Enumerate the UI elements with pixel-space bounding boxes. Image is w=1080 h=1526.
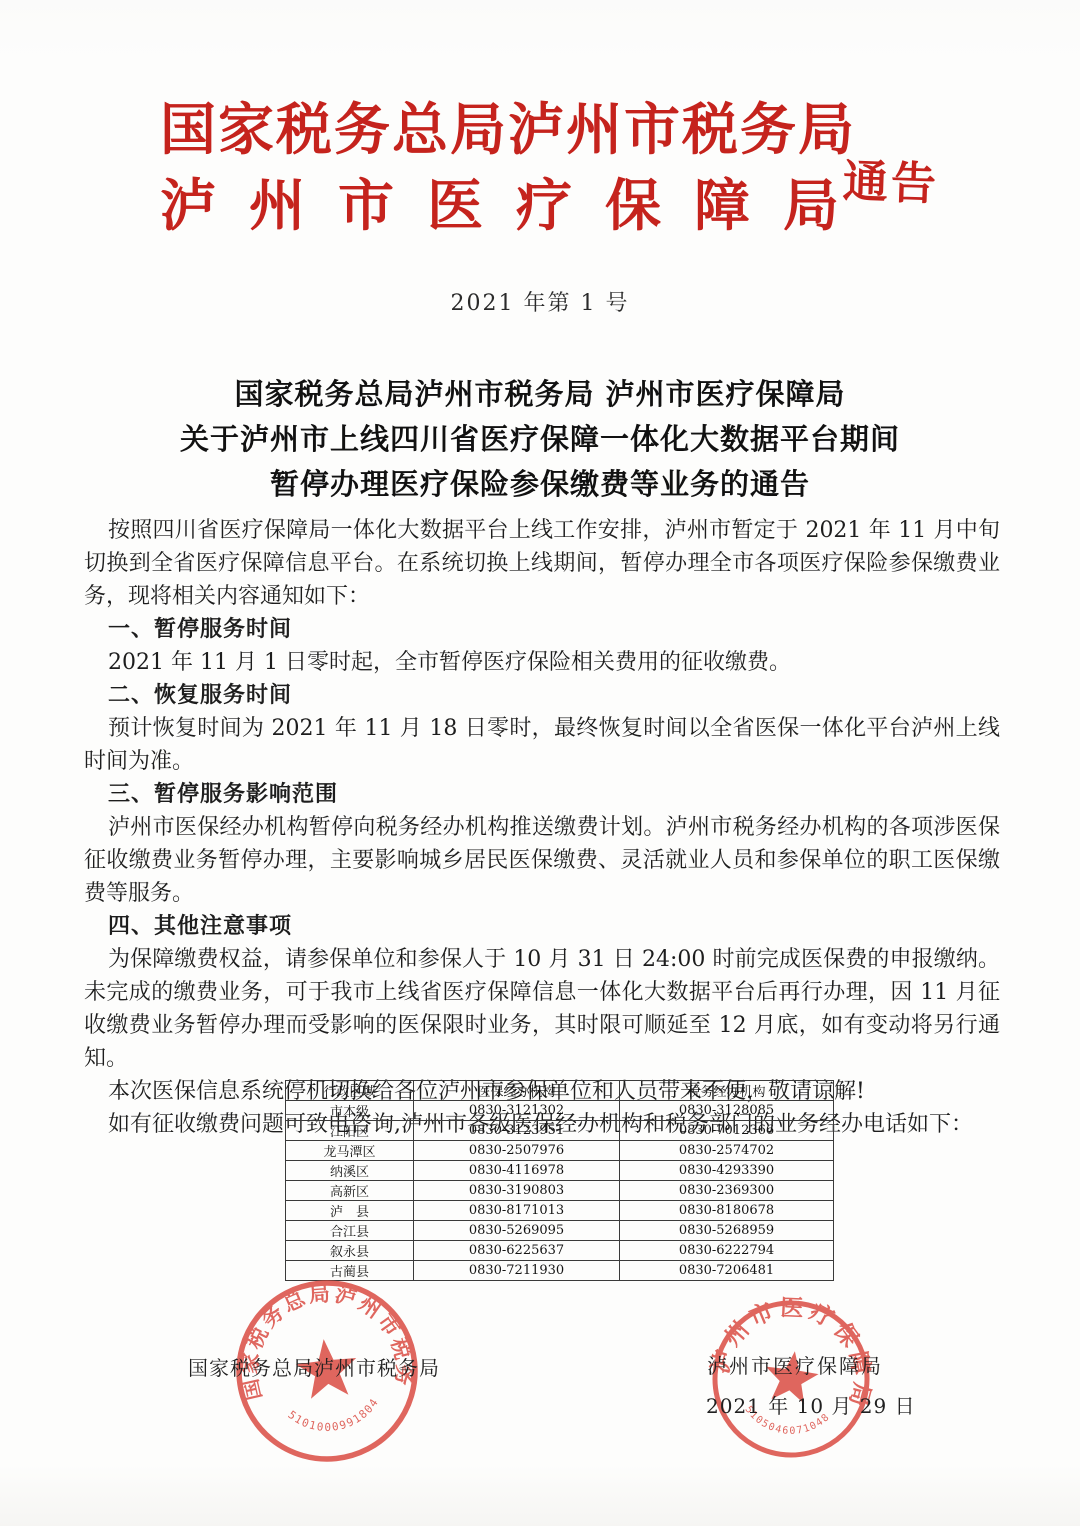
seal-code-text: 5101000991804 (284, 1394, 384, 1438)
section-4-paragraph-1: 为保障缴费权益，请参保单位和参保人于 10 月 31 日 24:00 时前完成医… (84, 943, 1000, 1075)
table-row: 江阳区 0830-3123951 0830-7012366 (286, 1121, 834, 1141)
col-header-tax-agency: 税务经办机构 (620, 1081, 834, 1101)
contact-phone-table: 行政区域 医保经办机构 税务经办机构 市本级 0830-3121302 0830… (285, 1080, 834, 1281)
section-2-paragraph: 预计恢复时间为 2021 年 11 月 18 日零时，最终恢复时间以全省医保一体… (84, 712, 1000, 778)
tax-phone-cell: 0830-8180678 (620, 1201, 834, 1221)
region-cell: 叙永县 (286, 1241, 414, 1261)
table-row: 合江县 0830-5269095 0830-5268959 (286, 1221, 834, 1241)
table-row: 泸 县 0830-8171013 0830-8180678 (286, 1201, 834, 1221)
tax-phone-cell: 0830-2574702 (620, 1141, 834, 1161)
notice-type-label: 通告 (842, 144, 940, 212)
medical-phone-cell: 0830-5269095 (414, 1221, 620, 1241)
region-cell: 泸 县 (286, 1201, 414, 1221)
col-header-region: 行政区域 (286, 1081, 414, 1101)
tax-phone-cell: 0830-4293390 (620, 1161, 834, 1181)
svg-text:5101000991804: 5101000991804 (284, 1394, 384, 1438)
medical-phone-cell: 0830-3121302 (414, 1101, 620, 1121)
medical-phone-cell: 0830-7211930 (414, 1261, 620, 1281)
medical-phone-cell: 0830-6225637 (414, 1241, 620, 1261)
issuer-line-medical-bureau: 泸州市医疗保障局 (160, 170, 860, 242)
tax-phone-cell: 0830-2369300 (620, 1181, 834, 1201)
table-row: 高新区 0830-3190803 0830-2369300 (286, 1181, 834, 1201)
issuer-line-tax-bureau: 国家税务总局泸州市税务局 (160, 90, 860, 170)
tax-phone-cell: 0830-6222794 (620, 1241, 834, 1261)
signature-medical-bureau: 泸州市医疗保障局 (707, 1350, 883, 1379)
section-1-paragraph: 2021 年 11 月 1 日零时起，全市暂停医疗保险相关费用的征收缴费。 (84, 646, 1000, 679)
title-line-1: 国家税务总局泸州市税务局 泸州市医疗保障局 (0, 372, 1080, 417)
section-3-heading: 三、暂停服务影响范围 (84, 778, 1000, 811)
medical-phone-cell: 0830-4116978 (414, 1161, 620, 1181)
title-line-3: 暂停办理医疗保险参保缴费等业务的通告 (0, 462, 1080, 507)
tax-phone-cell: 0830-7012366 (620, 1121, 834, 1141)
table-row: 龙马潭区 0830-2507976 0830-2574702 (286, 1141, 834, 1161)
table-row: 纳溪区 0830-4116978 0830-4293390 (286, 1161, 834, 1181)
region-cell: 龙马潭区 (286, 1141, 414, 1161)
col-header-medical-agency: 医保经办机构 (414, 1081, 620, 1101)
document-number: 2021 年第 1 号 (0, 286, 1080, 317)
region-cell: 市本级 (286, 1101, 414, 1121)
table-row: 叙永县 0830-6225637 0830-6222794 (286, 1241, 834, 1261)
masthead: 国家税务总局泸州市税务局 泸州市医疗保障局 (160, 90, 860, 242)
table-row: 市本级 0830-3121302 0830-3128085 (286, 1101, 834, 1121)
document-title: 国家税务总局泸州市税务局 泸州市医疗保障局 关于泸州市上线四川省医疗保障一体化大… (0, 372, 1080, 507)
official-seal-medical-bureau: 泸州市医疗保障局 5105046071048 (695, 1283, 887, 1475)
medical-phone-cell: 0830-8171013 (414, 1201, 620, 1221)
signature-date: 2021 年 10 月 29 日 (706, 1390, 916, 1419)
section-3-paragraph: 泸州市医保经办机构暂停向税务经办机构推送缴费计划。泸州市税务经办机构的各项涉医保… (84, 811, 1000, 910)
intro-paragraph: 按照四川省医疗保障局一体化大数据平台上线工作安排，泸州市暂定于 2021 年 1… (84, 514, 1000, 613)
document-body: 按照四川省医疗保障局一体化大数据平台上线工作安排，泸州市暂定于 2021 年 1… (84, 514, 1000, 1141)
table-header-row: 行政区域 医保经办机构 税务经办机构 (286, 1081, 834, 1101)
region-cell: 纳溪区 (286, 1161, 414, 1181)
tax-phone-cell: 0830-7206481 (620, 1261, 834, 1281)
region-cell: 高新区 (286, 1181, 414, 1201)
section-2-heading: 二、恢复服务时间 (84, 679, 1000, 712)
medical-phone-cell: 0830-3190803 (414, 1181, 620, 1201)
signature-tax-bureau: 国家税务总局泸州市税务局 (188, 1352, 440, 1381)
medical-phone-cell: 0830-3123951 (414, 1121, 620, 1141)
title-line-2: 关于泸州市上线四川省医疗保障一体化大数据平台期间 (0, 417, 1080, 462)
medical-phone-cell: 0830-2507976 (414, 1141, 620, 1161)
region-cell: 合江县 (286, 1221, 414, 1241)
region-cell: 江阳区 (286, 1121, 414, 1141)
section-1-heading: 一、暂停服务时间 (84, 613, 1000, 646)
tax-phone-cell: 0830-3128085 (620, 1101, 834, 1121)
tax-phone-cell: 0830-5268959 (620, 1221, 834, 1241)
section-4-heading: 四、其他注意事项 (84, 910, 1000, 943)
notice-document-page: 国家税务总局泸州市税务局 泸州市医疗保障局 通告 2021 年第 1 号 国家税… (0, 0, 1080, 1526)
